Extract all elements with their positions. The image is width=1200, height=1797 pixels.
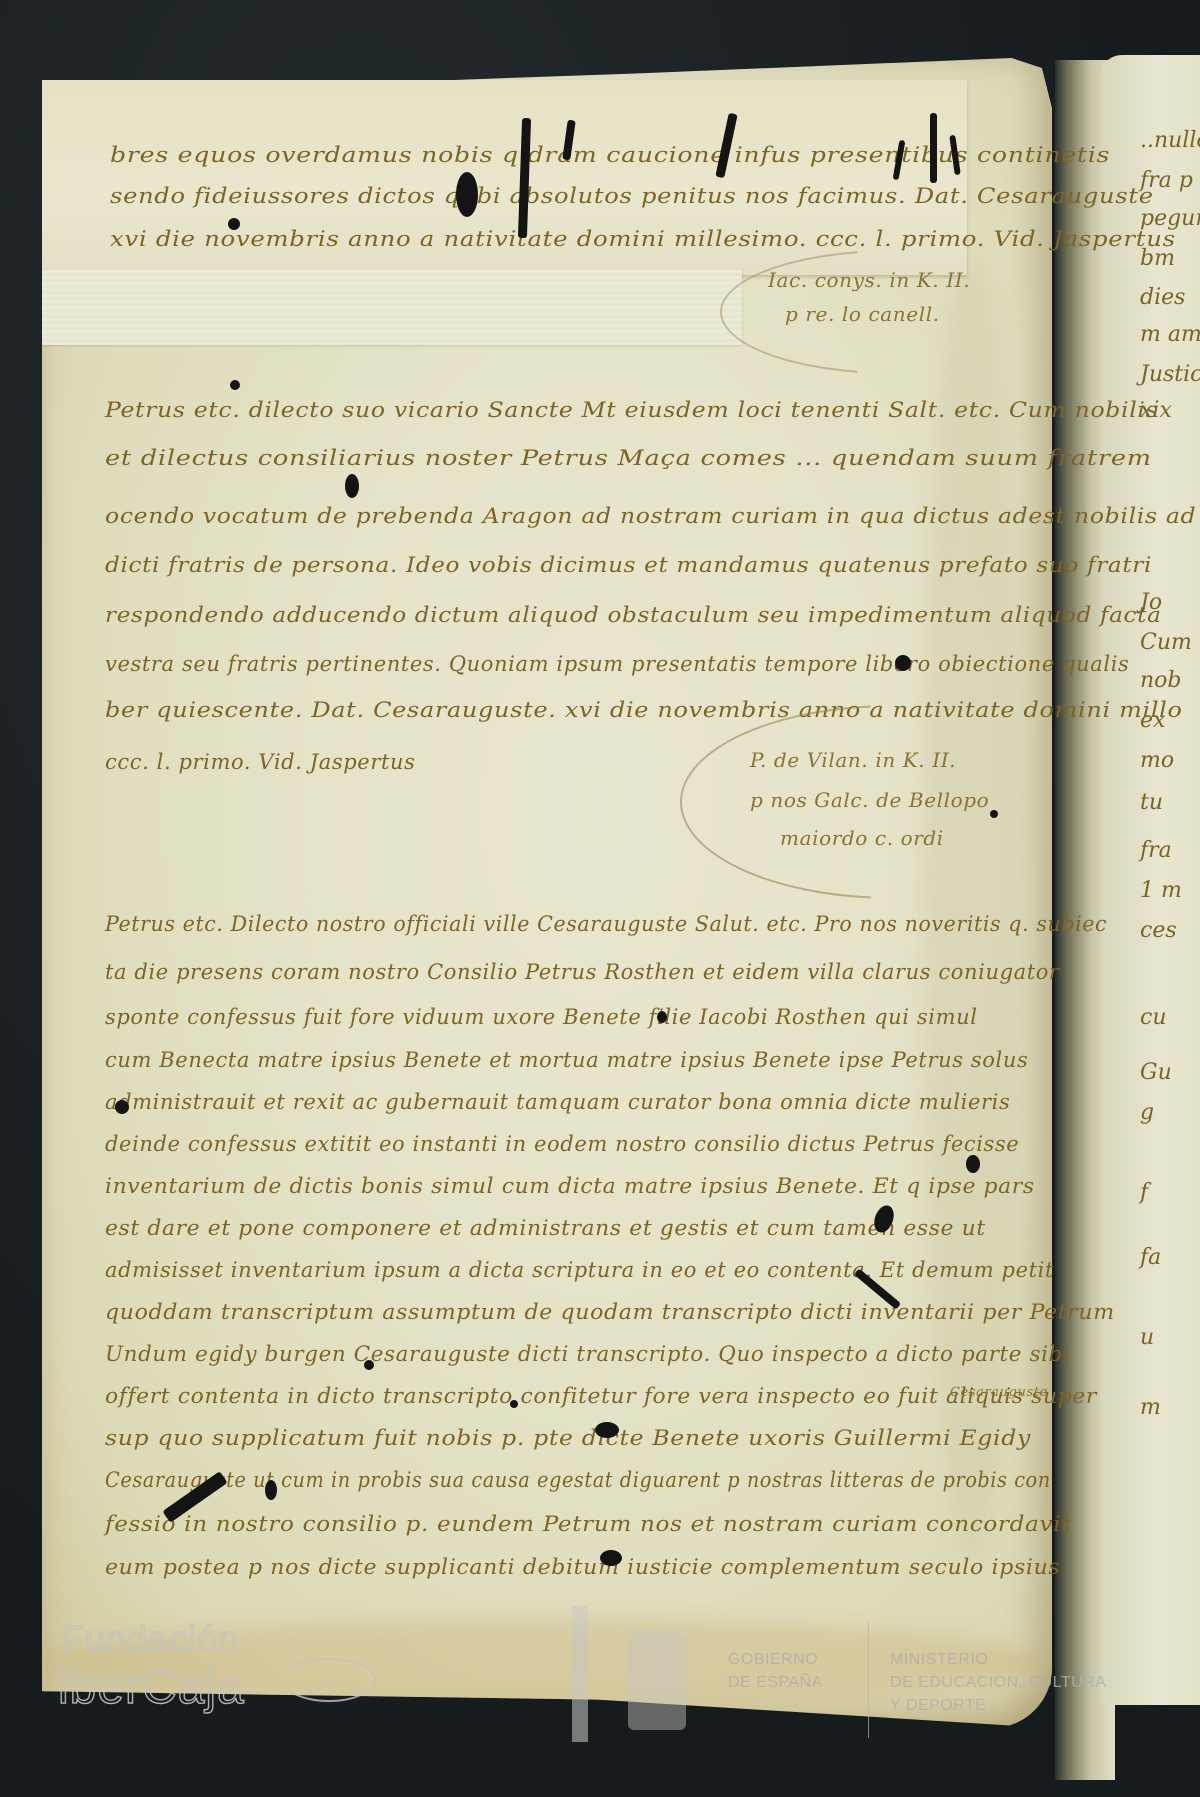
facing-text: nob: [1140, 668, 1182, 693]
text-line: dicti fratris de persona. Ideo vobis dic…: [105, 553, 1152, 577]
text-line: Undum egidy burgen Cesarauguste dicti tr…: [105, 1342, 1070, 1366]
registry-note: P. de Vilan. in K. II.: [750, 748, 956, 772]
text-line: Petrus etc. dilecto suo vicario Sancte M…: [105, 398, 1158, 422]
ink-stain: [595, 1422, 619, 1438]
text-line: ccc. l. primo. Vid. Jaspertus: [105, 750, 416, 774]
text-line: ber quiescente. Dat. Cesarauguste. xvi d…: [105, 698, 1183, 722]
ink-stain: [990, 810, 998, 818]
facing-text: fra p: [1140, 168, 1193, 193]
text-line: bres equos overdamus nobis q dram caucio…: [110, 143, 1110, 167]
watermark-divider: [868, 1622, 869, 1738]
facing-text: bm: [1140, 246, 1175, 271]
coat-of-arms-icon: [628, 1630, 686, 1730]
text-line: admisisset inventarium ipsum a dicta scr…: [105, 1258, 1054, 1282]
registry-note: maiordo c. ordi: [780, 826, 944, 850]
text-line: administrauit et rexit ac gubernauit tam…: [105, 1090, 1010, 1114]
ink-stain: [930, 113, 937, 183]
text-line: ocendo vocatum de prebenda Aragon ad nos…: [105, 504, 1196, 528]
ink-stain: [265, 1480, 277, 1500]
ministry-watermark: DE EDUCACIÓN, CULTURA: [890, 1673, 1106, 1693]
facing-text: mo: [1140, 748, 1174, 773]
facing-text: ces: [1140, 918, 1177, 943]
ink-stain: [364, 1360, 374, 1370]
foundation-watermark: iberCaja: [58, 1660, 245, 1715]
facing-text: Jo: [1140, 590, 1162, 615]
text-line: Cesarauguste ut cum in probis sua causa …: [105, 1468, 1051, 1492]
government-watermark: DE ESPAÑA: [728, 1673, 823, 1693]
text-line: offert contenta in dicto transcripto con…: [105, 1384, 1097, 1408]
registry-note: p re. lo canell.: [785, 302, 940, 326]
facing-text: m am: [1140, 322, 1200, 347]
text-line: sendo fideiussores dictos q ibi absoluto…: [110, 184, 1154, 208]
text-line: est dare et pone componere et administra…: [105, 1216, 986, 1240]
facing-text: ex: [1140, 708, 1165, 733]
facing-text: fa: [1140, 1245, 1161, 1270]
text-line: inventarium de dictis bonis simul cum di…: [105, 1174, 1035, 1198]
facing-text: fra: [1140, 838, 1172, 863]
ink-stain: [230, 380, 240, 390]
government-watermark: GOBIERNO: [728, 1650, 818, 1670]
facing-text: f: [1140, 1180, 1148, 1205]
ink-stain: [895, 655, 911, 671]
facing-text: Gu: [1140, 1060, 1172, 1085]
facing-text: tu: [1140, 790, 1163, 815]
text-line: respondendo adducendo dictum aliquod obs…: [105, 603, 1162, 627]
facing-text: Justic: [1140, 362, 1200, 387]
facing-text: Cum: [1140, 630, 1192, 655]
ibercaja-logo-icon: [282, 1658, 376, 1702]
registry-note: Iac. conys. in K. II.: [768, 268, 970, 292]
text-line: cum Benecta matre ipsius Benete et mortu…: [105, 1048, 1028, 1072]
facing-text: g: [1140, 1100, 1154, 1125]
text-line: sponte confessus fuit fore viduum uxore …: [105, 1005, 978, 1029]
facing-text: pegun: [1140, 206, 1200, 231]
text-line: eum postea p nos dicte supplicanti debit…: [105, 1555, 1060, 1579]
facing-text: dies: [1140, 285, 1185, 310]
marginal-correction: Cesarauguste: [950, 1385, 1048, 1400]
text-line: xvi die novembris anno a nativitate domi…: [110, 227, 1176, 251]
facing-text: cu: [1140, 1005, 1167, 1030]
government-flag-bar: [572, 1606, 588, 1742]
facing-text: u: [1140, 1325, 1154, 1350]
ink-stain: [456, 172, 478, 217]
facing-text: xix: [1140, 398, 1172, 423]
blank-paper-strip: [42, 270, 742, 345]
ministry-watermark: MINISTERIO: [890, 1650, 988, 1670]
registry-note: p nos Galc. de Bellopo: [750, 788, 989, 812]
ink-stain: [510, 1400, 518, 1408]
ink-stain: [228, 218, 240, 230]
text-line: deinde confessus extitit eo instanti in …: [105, 1132, 1019, 1156]
foundation-watermark: Fundación: [62, 1618, 239, 1660]
facing-text: m: [1140, 1395, 1161, 1420]
facing-text: ..nullo: [1140, 128, 1200, 153]
text-line: sup quo supplicatum fuit nobis p. pte di…: [105, 1426, 1031, 1450]
text-line: ta die presens coram nostro Consilio Pet…: [105, 960, 1060, 984]
facing-text: 1 m: [1140, 878, 1182, 903]
text-line: Petrus etc. Dilecto nostro officiali vil…: [105, 912, 1107, 936]
ink-stain: [600, 1550, 622, 1566]
text-line: quoddam transcriptum assumptum de quodam…: [105, 1300, 1115, 1324]
text-line: et dilectus consiliarius noster Petrus M…: [105, 446, 1152, 470]
ink-stain: [115, 1100, 129, 1114]
text-line: fessio in nostro consilio p. eundem Petr…: [105, 1512, 1071, 1536]
ministry-watermark: Y DEPORTE: [890, 1696, 986, 1716]
ink-stain: [657, 1011, 667, 1023]
ink-stain: [345, 474, 359, 498]
ink-stain: [966, 1155, 980, 1173]
text-line: vestra seu fratris pertinentes. Quoniam …: [105, 652, 1129, 676]
